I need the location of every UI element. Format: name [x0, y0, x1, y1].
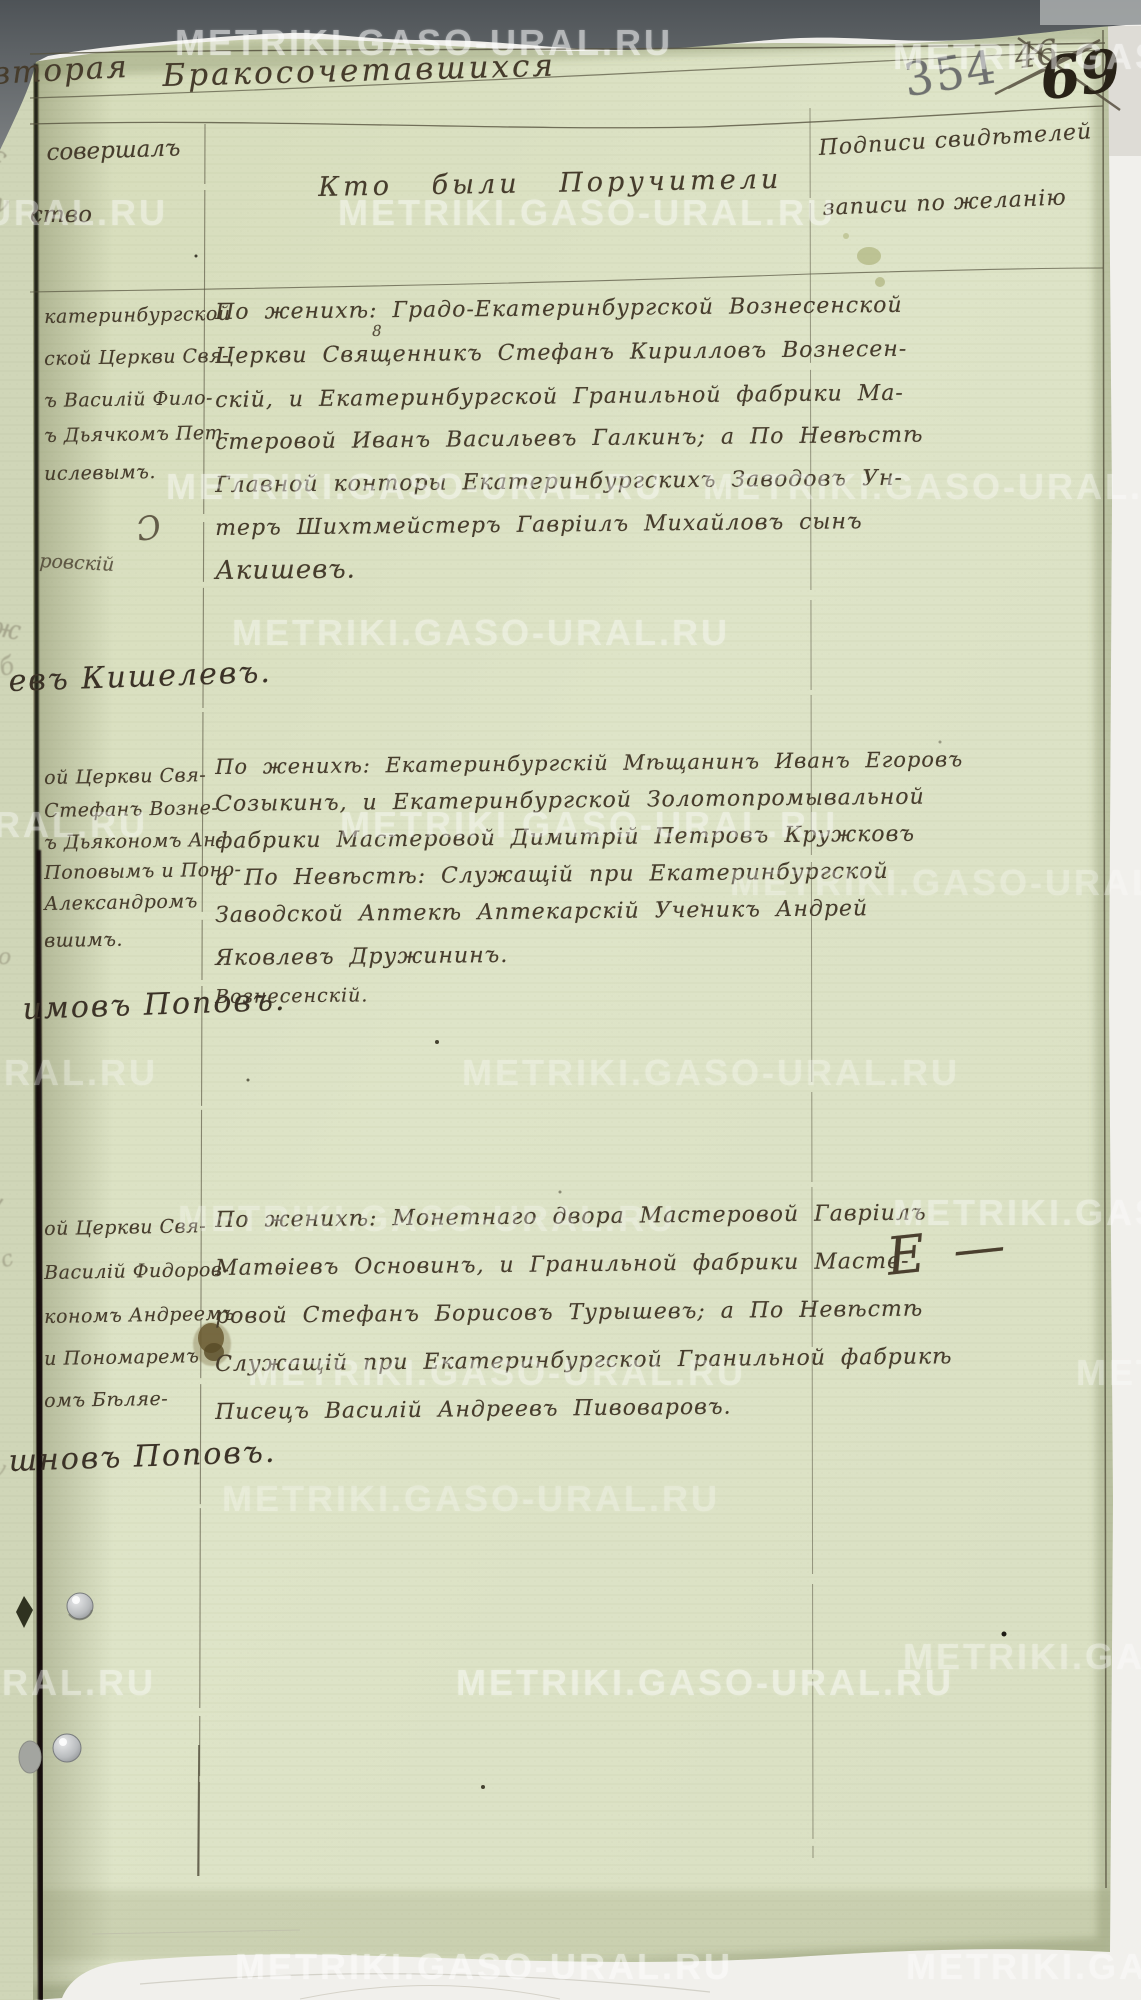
watermark-text: METRIKI.GASO-URAL.RU: [178, 1198, 676, 1240]
watermark-text: METRIKI.GASO-URAL.RU: [0, 1662, 156, 1704]
watermark-text: METRIKI.GASO-URAL.RU: [703, 466, 1141, 508]
watermark-text: METRIKI.GASO-URAL.RU: [0, 1052, 158, 1094]
watermark-text: METRIKI.GASO-URAL.RU: [235, 1946, 733, 1988]
watermark-text: METRIKI.GASO-URAL.RU: [0, 804, 148, 846]
watermark-text: METRIKI.GASO-URAL.RU: [730, 862, 1141, 904]
watermark-text: METRIKI.GASO-URAL.RU: [248, 1352, 746, 1394]
watermark-text: METRIKI.GASO-URAL.RU: [903, 1636, 1141, 1678]
watermark-text: METRIKI.GASO-URAL.RU: [340, 804, 838, 846]
watermark-text: METRIKI.GASO-URAL.RU: [456, 1662, 954, 1704]
watermark-text: METRIKI.GASO-URAL.RU: [338, 192, 836, 234]
watermark-text: METRIKI.GASO-URAL.RU: [462, 1052, 960, 1094]
watermark-text: METRIKI.GASO-URAL.RU: [166, 466, 664, 508]
watermark-text: METRIKI.GASO-URAL.RU: [222, 1478, 720, 1520]
watermark-text: METRIKI.GASO-URAL.RU: [893, 36, 1141, 78]
watermark-text: METRIKI.GASO-URAL.RU: [232, 612, 730, 654]
watermark-layer: METRIKI.GASO-URAL.RUMETRIKI.GASO-URAL.RU…: [0, 0, 1141, 2000]
watermark-text: METRIKI.GASO-URAL.RU: [175, 22, 673, 64]
watermark-text: METRIKI.GASO-URAL.RU: [906, 1946, 1141, 1988]
watermark-text: METRIKI.GASO-URAL.RU: [893, 1192, 1141, 1234]
watermark-text: METRIKI.GASO-URAL.RU: [0, 192, 168, 234]
scanned-register-page: вторая Бракосочетавшихся 354 46 69 совер…: [0, 0, 1141, 2000]
watermark-text: METRIKI.GASO-URAL.RU: [1076, 1352, 1141, 1394]
